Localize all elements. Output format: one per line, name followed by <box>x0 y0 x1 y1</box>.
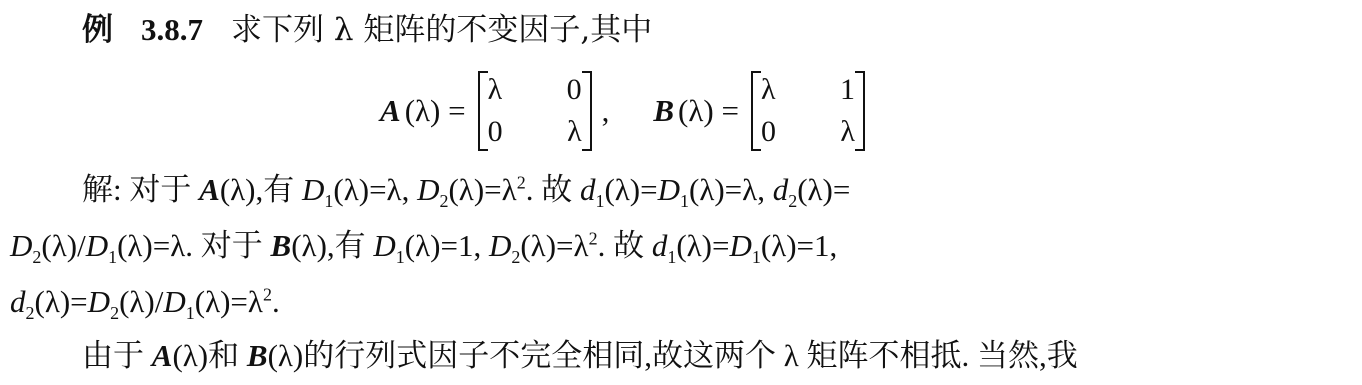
subscript: 1 <box>752 247 761 267</box>
subscript: 1 <box>667 247 676 267</box>
text: (λ)=1, <box>761 228 837 263</box>
matrix-a-cell: 0 <box>488 115 542 149</box>
var: d <box>580 172 596 207</box>
superscript: 2 <box>517 173 526 193</box>
text: (λ)/ <box>119 284 163 319</box>
var: D <box>86 228 108 263</box>
text: 解: 对于 <box>82 172 199 207</box>
example-number: 3.8.7 <box>141 12 203 47</box>
var: d <box>773 172 789 207</box>
superscript: 2 <box>589 229 598 249</box>
solution-line-2: D2(λ)/D1(λ)=λ. 对于 B(λ),有 D1(λ)=1, D2(λ)=… <box>10 226 837 266</box>
matrix-a: λ 0 0 λ <box>478 69 592 153</box>
matrix-a-cell: λ <box>488 73 542 107</box>
example-prompt: 求下列 λ 矩阵的不变因子,其中 <box>231 12 652 48</box>
subscript: 1 <box>680 191 689 211</box>
solution-line-3: d2(λ)=D2(λ)/D1(λ)=λ2. <box>10 282 280 322</box>
var: D <box>163 284 185 319</box>
text: (λ)=λ, <box>333 172 417 207</box>
var: d <box>652 228 668 263</box>
matrix-b-cell: 1 <box>815 73 855 107</box>
text: (λ)= <box>35 284 88 319</box>
text: (λ)= <box>604 172 657 207</box>
text: 由于 <box>82 338 152 373</box>
matrix-b-name: B <box>653 93 674 129</box>
subscript: 1 <box>186 303 195 323</box>
text: (λ)=λ <box>195 284 263 319</box>
text: (λ)=λ. 对于 <box>117 228 270 263</box>
text: (λ)=λ <box>520 228 588 263</box>
var: D <box>10 228 32 263</box>
matrix-ref: A <box>152 338 173 373</box>
text: (λ)= <box>797 172 850 207</box>
var: D <box>302 172 324 207</box>
var: D <box>729 228 751 263</box>
matrix-b-arg: (λ) = <box>678 93 739 129</box>
var: D <box>417 172 439 207</box>
text: (λ)=1, <box>405 228 489 263</box>
var: D <box>88 284 110 319</box>
solution-line-1: 解: 对于 A(λ),有 D1(λ)=λ, D2(λ)=λ2. 故 d1(λ)=… <box>82 170 850 210</box>
subscript: 1 <box>396 247 405 267</box>
text: . 故 <box>526 172 580 207</box>
text: . <box>272 284 280 319</box>
matrix-b-cell: λ <box>761 73 815 107</box>
matrix-b-cell: 0 <box>761 115 815 149</box>
var: d <box>10 284 26 319</box>
matrix-ref: A <box>199 172 220 207</box>
conclusion-line: 由于 A(λ)和 B(λ)的行列式因子不完全相同,故这两个 λ 矩阵不相抵. 当… <box>82 336 1078 376</box>
matrix-equation: A (λ) = λ 0 0 λ , B (λ) = λ 1 0 λ <box>380 66 871 156</box>
matrix-a-arg: (λ) = <box>405 93 466 129</box>
subscript: 2 <box>788 191 797 211</box>
example-heading: 例3.8.7求下列 λ 矩阵的不变因子,其中 <box>82 10 652 50</box>
text: (λ)=λ <box>448 172 516 207</box>
matrix-ref: B <box>271 228 292 263</box>
text: (λ)=λ, <box>689 172 773 207</box>
equation-separator: , <box>602 93 610 129</box>
var: D <box>373 228 395 263</box>
matrix-a-cell: 0 <box>542 73 582 107</box>
matrix-b: λ 1 0 λ <box>751 69 865 153</box>
text: (λ)/ <box>41 228 85 263</box>
text: . 故 <box>598 228 652 263</box>
text: (λ),有 <box>220 172 302 207</box>
var: D <box>658 172 680 207</box>
matrix-a-cell: λ <box>542 115 582 149</box>
superscript: 2 <box>263 285 272 305</box>
text: (λ)= <box>676 228 729 263</box>
text: (λ),有 <box>291 228 373 263</box>
subscript: 1 <box>108 247 117 267</box>
matrix-a-name: A <box>380 93 401 129</box>
text: (λ)的行列式因子不完全相同,故这两个 λ 矩阵不相抵. 当然,我 <box>268 338 1078 373</box>
text: (λ)和 <box>172 338 246 373</box>
example-label: 例 <box>82 12 113 48</box>
subscript: 2 <box>511 247 520 267</box>
subscript: 2 <box>26 303 35 323</box>
var: D <box>489 228 511 263</box>
matrix-b-cell: λ <box>815 115 855 149</box>
subscript: 2 <box>110 303 119 323</box>
matrix-ref: B <box>247 338 268 373</box>
